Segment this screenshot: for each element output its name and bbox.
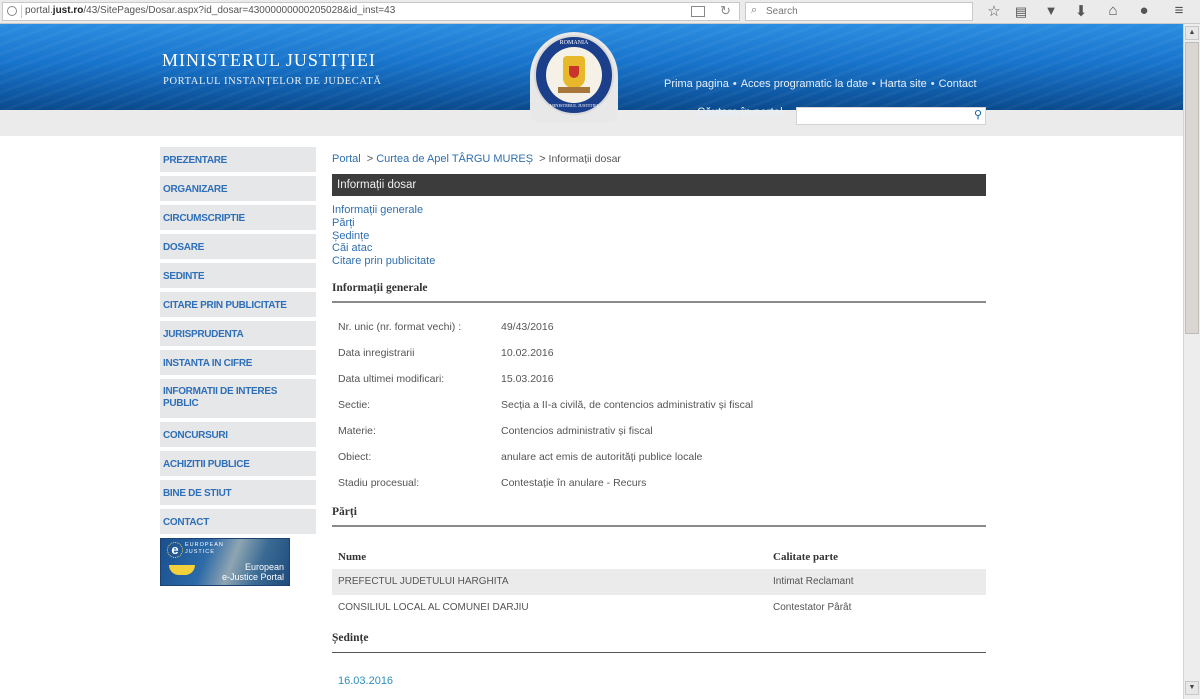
site-header: MINISTERUL JUSTIȚIEI PORTALUL INSTANȚELO… [0,24,1183,110]
info-label: Nr. unic (nr. format vechi) : [332,321,501,347]
pocket-icon[interactable]: ▼ [1042,3,1060,18]
link-harta-site[interactable]: Harta site [880,78,927,90]
party-name: PREFECTUL JUDETULUI HARGHITA [332,569,773,595]
section-heading-parti: Părți [332,506,986,527]
ejustice-line2: JUSTICE [185,549,215,555]
hearing-date-link[interactable]: 16.03.2016 [332,675,986,687]
party-role: Contestator Pârât [773,595,986,621]
section-heading-sedinte: Ședințe [332,632,986,653]
star-icon[interactable]: ☆ [985,2,1003,20]
link-prima-pagina[interactable]: Prima pagina [664,78,729,90]
breadcrumb: Portal>Curtea de Apel TÂRGU MUREȘ>Inform… [332,150,986,170]
ejustice-brand2: e-Justice Portal [222,572,284,582]
sidebar-item-contact[interactable]: CONTACT [160,509,316,534]
download-icon[interactable]: ⬇ [1072,2,1090,20]
url-separator [21,5,22,18]
parti-table-header: Nume Calitate parte [332,545,986,569]
info-label: Data ultimei modificari: [332,373,501,399]
info-value: Contestație în anulare - Recurs [501,477,986,503]
info-row: Data inregistrarii10.02.2016 [332,347,986,373]
browser-search-input[interactable]: ⌕ Search [745,2,973,21]
scales-icon [169,565,195,575]
anchor-citare[interactable]: Citare prin publicitate [332,255,986,268]
portal-search-input[interactable] [797,108,965,124]
address-bar[interactable]: portal.just.ro/43/SitePages/Dosar.aspx?i… [2,2,740,21]
sidebar-item-bine-de-stiut[interactable]: BINE DE STIUT [160,480,316,505]
scroll-thumb[interactable] [1185,42,1199,334]
sidebar-item-circumscriptie[interactable]: CIRCUMSCRIPTIE [160,205,316,230]
emblem-top-text: ROMANIA [536,40,612,46]
info-value: anulare act emis de autorități publice l… [501,451,986,477]
search-icon[interactable]: ⚲ [974,108,982,121]
site-title[interactable]: MINISTERUL JUSTIȚIEI [162,50,376,71]
info-row: Stadiu procesual:Contestație în anulare … [332,477,986,503]
general-info-table: Nr. unic (nr. format vechi) :49/43/2016 … [332,321,986,503]
ejustice-line1: EUROPEAN [185,542,224,548]
ejustice-portal-banner[interactable]: e EUROPEAN JUSTICE European e-Justice Po… [160,538,290,586]
anchor-parti[interactable]: Părți [332,217,986,230]
anchor-cai-atac[interactable]: Căi atac [332,242,986,255]
sidebar-item-sedinte[interactable]: SEDINTE [160,263,316,288]
portal-search-box: ⚲ [796,107,986,125]
info-value: 10.02.2016 [501,347,986,373]
sidebar-item-jurisprudenta[interactable]: JURISPRUDENTA [160,321,316,346]
party-role: Intimat Reclamant [773,569,986,595]
site-subtitle: PORTALUL INSTANȚELOR DE JUDECATĂ [163,76,382,87]
breadcrumb-portal[interactable]: Portal [332,153,361,165]
reader-view-icon[interactable] [691,6,705,17]
anchor-sedinte[interactable]: Ședințe [332,230,986,243]
eagle-icon [563,56,585,88]
column-header-calitate: Calitate parte [773,545,986,569]
anchor-informatii-generale[interactable]: Informații generale [332,204,986,217]
search-icon: ⌕ [751,4,757,17]
emblem-seal-icon: ROMANIA MINISTERUL JUSTITIEI [534,35,614,115]
link-contact[interactable]: Contact [939,78,977,90]
breadcrumb-curtea-apel[interactable]: Curtea de Apel TÂRGU MUREȘ [376,153,533,165]
top-links: Prima pagina•Acces programatic la date•H… [664,78,977,90]
menu-icon[interactable]: ≡ [1170,2,1188,19]
url-text[interactable]: portal.just.ro/43/SitePages/Dosar.aspx?i… [25,5,395,16]
page-title: Informații dosar [332,174,986,196]
link-acces-programatic[interactable]: Acces programatic la date [741,78,868,90]
info-value: 49/43/2016 [501,321,986,347]
reload-icon[interactable]: ↻ [720,3,731,19]
info-label: Obiect: [332,451,501,477]
ministry-emblem[interactable]: ROMANIA MINISTERUL JUSTITIEI [530,32,618,122]
column-header-nume: Nume [332,545,773,569]
info-value: Contencios administrativ și fiscal [501,425,986,451]
chat-icon[interactable]: ● [1135,2,1153,19]
home-icon[interactable]: ⌂ [1104,2,1122,19]
sidebar-item-citare[interactable]: CITARE PRIN PUBLICITATE [160,292,316,317]
sidebar-nav: PREZENTARE ORGANIZARE CIRCUMSCRIPTIE DOS… [160,147,316,586]
party-name: CONSILIUL LOCAL AL COMUNEI DARJIU [332,595,773,621]
ejustice-brand1: European [245,562,284,572]
site-identity-icon[interactable] [7,6,17,16]
table-row: CONSILIUL LOCAL AL COMUNEI DARJIU Contes… [332,595,986,621]
info-value: Secția a II-a civilă, de contencios admi… [501,399,986,425]
info-row: Materie:Contencios administrativ și fisc… [332,425,986,451]
info-row: Sectie:Secția a II-a civilă, de contenci… [332,399,986,425]
info-label: Materie: [332,425,501,451]
scroll-down-arrow-icon[interactable]: ▼ [1185,681,1199,695]
browser-toolbar: portal.just.ro/43/SitePages/Dosar.aspx?i… [0,0,1200,24]
ejustice-logo-icon: e [167,542,183,558]
info-row: Nr. unic (nr. format vechi) :49/43/2016 [332,321,986,347]
page-scrollbar[interactable]: ▲ ▼ [1183,24,1200,699]
sidebar-item-dosare[interactable]: DOSARE [160,234,316,259]
sidebar-item-achizitii[interactable]: ACHIZITII PUBLICE [160,451,316,476]
info-row: Obiect:anulare act emis de autorități pu… [332,451,986,477]
sidebar-item-instanta-in-cifre[interactable]: INSTANTA IN CIFRE [160,350,316,375]
main-content: Portal>Curtea de Apel TÂRGU MUREȘ>Inform… [332,150,986,687]
info-label: Sectie: [332,399,501,425]
scroll-up-arrow-icon[interactable]: ▲ [1185,26,1199,40]
info-label: Data inregistrarii [332,347,501,373]
info-label: Stadiu procesual: [332,477,501,503]
info-value: 15.03.2016 [501,373,986,399]
table-row: PREFECTUL JUDETULUI HARGHITA Intimat Rec… [332,569,986,595]
info-row: Data ultimei modificari:15.03.2016 [332,373,986,399]
search-placeholder: Search [766,6,798,17]
sidebar-item-informatii-interes-public[interactable]: INFORMATII DE INTERES PUBLIC [160,379,316,418]
breadcrumb-current: Informații dosar [549,153,621,165]
sidebar-item-organizare[interactable]: ORGANIZARE [160,176,316,201]
section-anchor-links: Informații generale Părți Ședințe Căi at… [332,204,986,268]
portal-search-label: Căutare în portal [697,107,783,119]
sidebar-item-prezentare[interactable]: PREZENTARE [160,147,316,172]
sidebar-item-concursuri[interactable]: CONCURSURI [160,422,316,447]
reading-list-icon[interactable]: ▤ [1012,4,1030,20]
emblem-bottom-text: MINISTERUL JUSTITIEI [536,103,612,108]
section-heading-general: Informații generale [332,282,986,303]
